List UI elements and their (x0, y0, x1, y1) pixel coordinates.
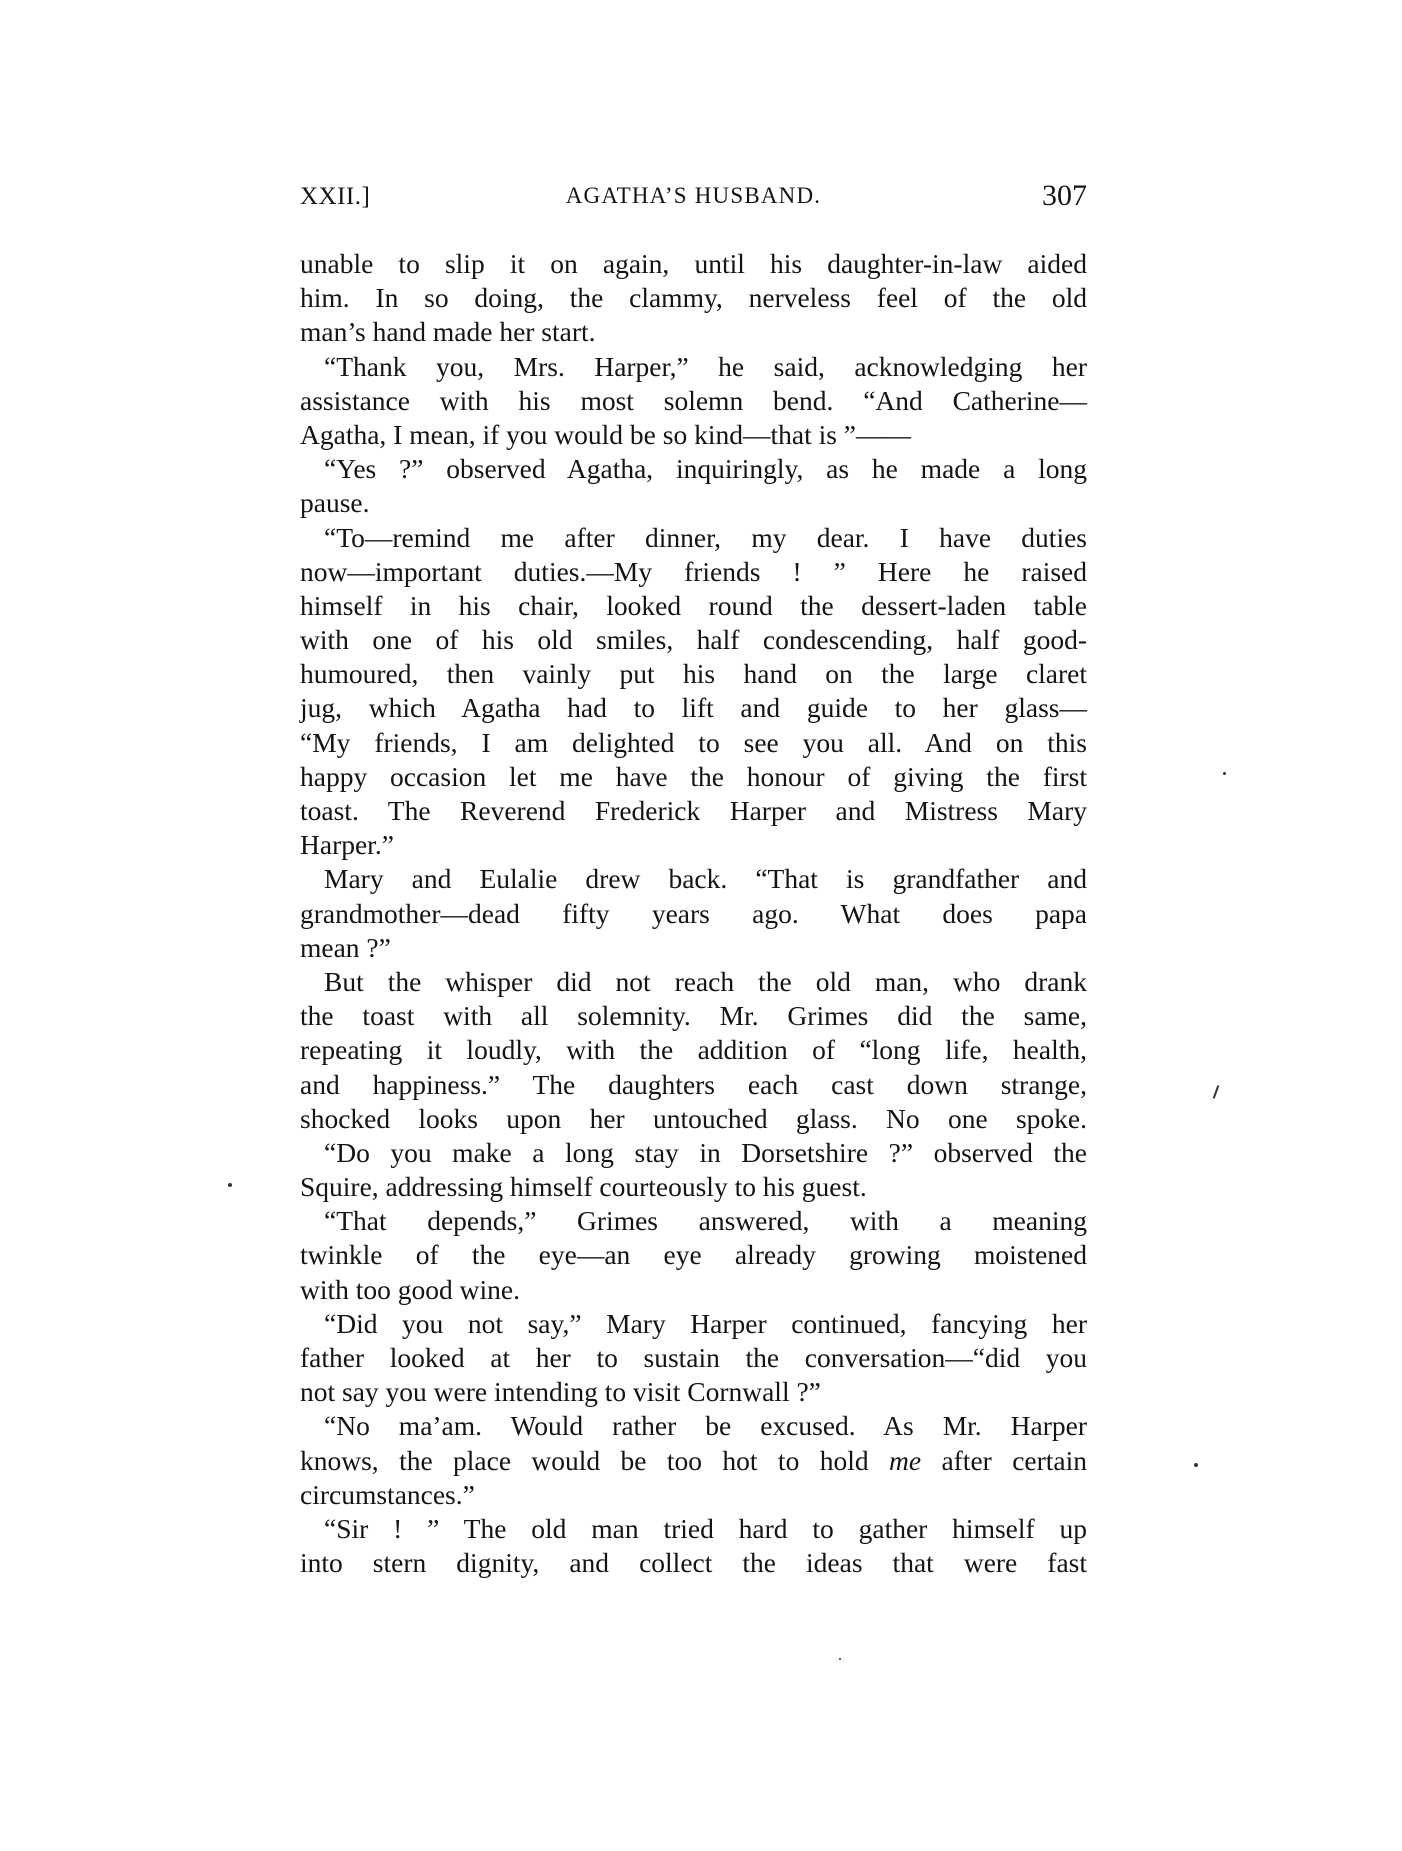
text-line: father looked at her to sustain the conv… (300, 1341, 1087, 1375)
text-line: with one of his old smiles, half condesc… (300, 623, 1087, 657)
text-line: twinkle of the eye—an eye already growin… (300, 1238, 1087, 1272)
running-header: XXII.] AGATHA’S HUSBAND. 307 (300, 183, 1087, 223)
text-line: unable to slip it on again, until his da… (300, 247, 1087, 281)
text-line: “My friends, I am delighted to see you a… (300, 726, 1087, 760)
text-line: not say you were intending to visit Corn… (300, 1375, 1087, 1409)
running-title: AGATHA’S HUSBAND. (300, 183, 1087, 209)
text-line: “Sir ! ” The old man tried hard to gathe… (300, 1512, 1087, 1546)
text-line: Squire, addressing himself courteously t… (300, 1170, 1087, 1204)
text-line: happy occasion let me have the honour of… (300, 760, 1087, 794)
text-line: “To—remind me after dinner, my dear. I h… (300, 521, 1087, 555)
text-line: But the whisper did not reach the old ma… (300, 965, 1087, 999)
text-segment: knows, the place would be too hot to hol… (300, 1445, 889, 1476)
scan-speck (1213, 1085, 1220, 1099)
text-line: “No ma’am. Would rather be excused. As M… (300, 1409, 1087, 1443)
text-line: pause. (300, 486, 1087, 520)
text-line: circumstances.” (300, 1478, 1087, 1512)
text-line: him. In so doing, the clammy, nerveless … (300, 281, 1087, 315)
text-line: Harper.” (300, 828, 1087, 862)
text-line: himself in his chair, looked round the d… (300, 589, 1087, 623)
text-line: mean ?” (300, 931, 1087, 965)
text-line: “That depends,” Grimes answered, with a … (300, 1204, 1087, 1238)
italic-emphasis: me (889, 1445, 921, 1476)
text-segment: after certain (921, 1445, 1087, 1476)
text-line: with too good wine. (300, 1273, 1087, 1307)
page-number: 307 (1042, 179, 1087, 213)
text-line: jug, which Agatha had to lift and guide … (300, 691, 1087, 725)
text-line: man’s hand made her start. (300, 315, 1087, 349)
scan-speck (1223, 772, 1226, 775)
text-line: “Did you not say,” Mary Harper continued… (300, 1307, 1087, 1341)
text-line: Mary and Eulalie drew back. “That is gra… (300, 862, 1087, 896)
text-line: humoured, then vainly put his hand on th… (300, 657, 1087, 691)
text-line: assistance with his most solemn bend. “A… (300, 384, 1087, 418)
scan-speck (1194, 1463, 1198, 1467)
text-line: “Thank you, Mrs. Harper,” he said, ackno… (300, 350, 1087, 384)
text-line: shocked looks upon her untouched glass. … (300, 1102, 1087, 1136)
text-line: toast. The Reverend Frederick Harper and… (300, 794, 1087, 828)
text-line: the toast with all solemnity. Mr. Grimes… (300, 999, 1087, 1033)
text-line: and happiness.” The daughters each cast … (300, 1068, 1087, 1102)
text-line: into stern dignity, and collect the idea… (300, 1546, 1087, 1580)
scan-speck (839, 1658, 841, 1660)
text-line: now—important duties.—My friends ! ” Her… (300, 555, 1087, 589)
text-line: repeating it loudly, with the addition o… (300, 1033, 1087, 1067)
text-line: “Do you make a long stay in Dorsetshire … (300, 1136, 1087, 1170)
text-line: “Yes ?” observed Agatha, inquiringly, as… (300, 452, 1087, 486)
text-line: Agatha, I mean, if you would be so kind—… (300, 418, 1087, 452)
text-line: grandmother—dead fifty years ago. What d… (300, 897, 1087, 931)
body-text: unable to slip it on again, until his da… (300, 247, 1087, 1580)
text-line: knows, the place would be too hot to hol… (300, 1444, 1087, 1478)
scan-speck (228, 1183, 232, 1187)
